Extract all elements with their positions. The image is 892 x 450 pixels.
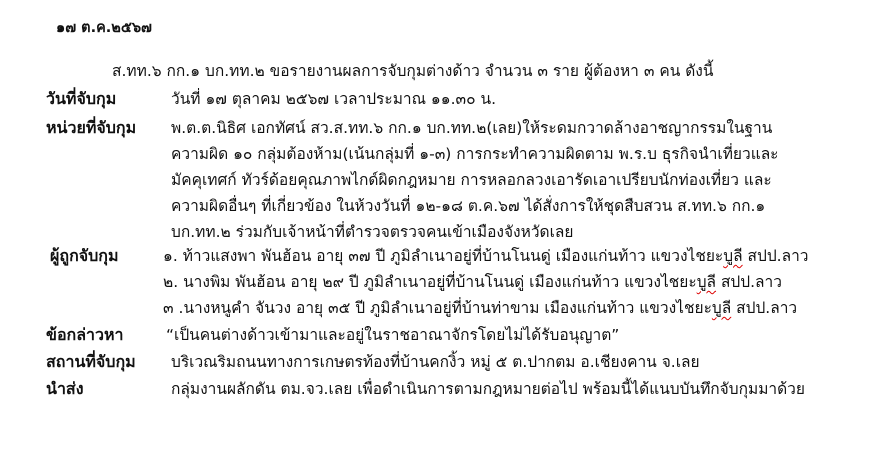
charge-value: “เป็นคนต่างด้าวเข้ามาและอยู่ในราชอาณาจัก… — [166, 322, 619, 348]
arrest-date-value: วันที่ ๑๗ ตุลาคม ๒๕๖๗ เวลาประมาณ ๑๑.๓๐ น… — [171, 86, 496, 112]
arrestee-country: สปป.ลาว — [731, 299, 797, 317]
charge-label: ข้อกล่าวหา — [46, 322, 124, 348]
arrest-date-label: วันที่จับกุม — [46, 86, 116, 112]
report-date: ๑๗ ต.ค.๒๕๖๗ — [56, 15, 152, 41]
arresting-unit-label: หน่วยที่จับกุม — [46, 115, 136, 141]
delivered-to-label: นำส่ง — [46, 376, 84, 402]
arrestee-item: ๒. นางพิม พันฮ้อน อายุ ๒๙ ปี ภูมิลำเนาอย… — [163, 269, 782, 295]
arresting-unit-line: บก.ทท.๒ ร่วมกับเจ้าหน้าที่ตำรวจตรวจคนเข้… — [171, 219, 573, 245]
arresting-unit-line: ความผิดอื่นๆ ที่เกี่ยวข้อง ในห้วงวันที่ … — [171, 193, 765, 219]
arrestee-text: ๒. นางพิม พันฮ้อน อายุ ๒๙ ปี ภูมิลำเนาอย… — [163, 273, 697, 291]
location-label: สถานที่จับกุม — [46, 349, 136, 375]
arrestee-item: ๑. ท้าวแสงพา พันฮ้อน อายุ ๓๗ ปี ภูมิลำเน… — [163, 243, 809, 269]
arrestees-label: ผู้ถูกจับกุม — [50, 243, 119, 269]
spellcheck-flagged-word[interactable]: บูลี — [712, 299, 731, 317]
spellcheck-flagged-word[interactable]: บูลี — [723, 247, 742, 265]
report-document: ๑๗ ต.ค.๒๕๖๗ ส.ทท.๖ กก.๑ บก.ทท.๒ ขอรายงาน… — [0, 0, 892, 450]
spellcheck-flagged-word[interactable]: บูลี — [697, 273, 716, 291]
arrestee-item: ๓ .นางหนูคำ จันวง อายุ ๓๕ ปี ภูมิลำเนาอย… — [163, 295, 797, 321]
location-value: บริเวณริมถนนทางการเกษตรท้องที่บ้านคกงิ้ว… — [171, 349, 700, 375]
arrestee-text: ๓ .นางหนูคำ จันวง อายุ ๓๕ ปี ภูมิลำเนาอย… — [163, 299, 712, 317]
arrestee-country: สปป.ลาว — [716, 273, 782, 291]
arresting-unit-line: พ.ต.ต.นิธิศ เอกทัศน์ สว.ส.ทท.๖ กก.๑ บก.ท… — [171, 115, 772, 141]
arrestee-text: ๑. ท้าวแสงพา พันฮ้อน อายุ ๓๗ ปี ภูมิลำเน… — [163, 247, 723, 265]
arresting-unit-line: ความผิด ๑๐ กลุ่มต้องห้าม(เน้นกลุ่มที่ ๑-… — [171, 141, 779, 167]
arresting-unit-line: มัคคุเทศก์ ทัวร์ด้อยคุณภาพไกด์ผิดกฎหมาย … — [171, 167, 772, 193]
arrestee-country: สปป.ลาว — [743, 247, 809, 265]
intro-paragraph: ส.ทท.๖ กก.๑ บก.ทท.๒ ขอรายงานผลการจับกุมต… — [112, 58, 713, 84]
delivered-to-value: กลุ่มงานผลักดัน ตม.จว.เลย เพื่อดำเนินการ… — [171, 376, 805, 402]
